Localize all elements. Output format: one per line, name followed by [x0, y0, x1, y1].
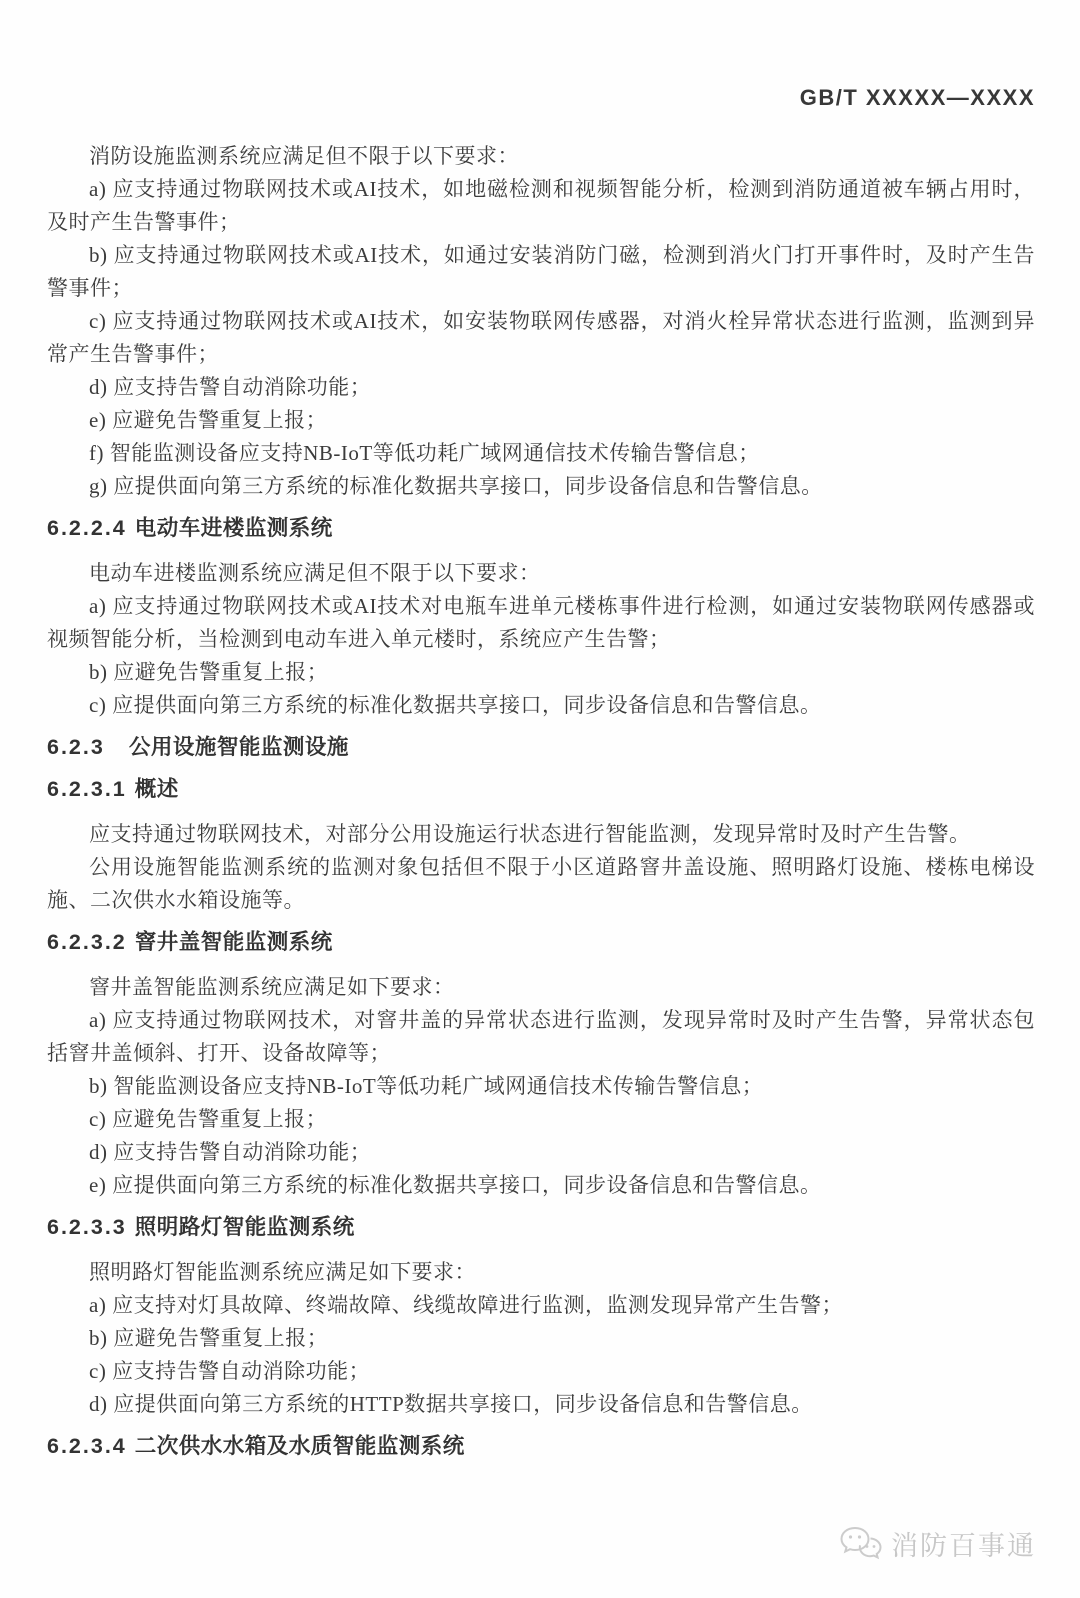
paragraph: a) 应支持通过物联网技术或AI技术，如地磁检测和视频智能分析，检测到消防通道被…: [47, 173, 1035, 239]
paragraph: a) 应支持通过物联网技术，对窨井盖的异常状态进行监测，发现异常时及时产生告警，…: [47, 1004, 1035, 1070]
paragraph: c) 应避免告警重复上报；: [47, 1103, 1035, 1136]
paragraph: c) 应支持告警自动消除功能；: [47, 1355, 1035, 1388]
paragraph: c) 应提供面向第三方系统的标准化数据共享接口，同步设备信息和告警信息。: [47, 689, 1035, 722]
section-number: 6.2.3.1: [47, 777, 127, 801]
section-title: 公用设施智能监测设施: [129, 735, 349, 759]
section-heading: 6.2.3.1概述: [47, 776, 1035, 802]
document-body: 消防设施监测系统应满足但不限于以下要求：a) 应支持通过物联网技术或AI技术，如…: [47, 140, 1035, 1459]
section-number: 6.2.2.4: [47, 516, 127, 540]
paragraph: 窨井盖智能监测系统应满足如下要求：: [47, 971, 1035, 1004]
paragraph: b) 应支持通过物联网技术或AI技术，如通过安装消防门磁，检测到消火门打开事件时…: [47, 239, 1035, 305]
wechat-icon: [839, 1525, 883, 1563]
paragraph: b) 智能监测设备应支持NB-IoT等低功耗广域网通信技术传输告警信息；: [47, 1070, 1035, 1103]
section-title: 照明路灯智能监测系统: [135, 1215, 355, 1239]
watermark-label: 消防百事通: [891, 1524, 1036, 1563]
section-number: 6.2.3.2: [47, 930, 127, 954]
section-title: 概述: [135, 777, 179, 801]
section-title: 二次供水水箱及水质智能监测系统: [135, 1434, 465, 1458]
paragraph: d) 应支持告警自动消除功能；: [47, 1136, 1035, 1169]
section-number: 6.2.3.3: [47, 1215, 127, 1239]
paragraph: 电动车进楼监测系统应满足但不限于以下要求：: [47, 557, 1035, 590]
paragraph: 应支持通过物联网技术，对部分公用设施运行状态进行智能监测，发现异常时及时产生告警…: [47, 818, 1035, 851]
paragraph: d) 应提供面向第三方系统的HTTP数据共享接口，同步设备信息和告警信息。: [47, 1388, 1035, 1421]
paragraph: b) 应避免告警重复上报；: [47, 656, 1035, 689]
section-title: 电动车进楼监测系统: [135, 516, 333, 540]
paragraph: e) 应避免告警重复上报；: [47, 404, 1035, 437]
section-heading: 6.2.2.4电动车进楼监测系统: [47, 515, 1035, 541]
paragraph: e) 应提供面向第三方系统的标准化数据共享接口，同步设备信息和告警信息。: [47, 1169, 1035, 1202]
section-number: 6.2.3.4: [47, 1434, 127, 1458]
watermark: 消防百事通: [839, 1524, 1036, 1563]
paragraph: c) 应支持通过物联网技术或AI技术，如安装物联网传感器，对消火栓异常状态进行监…: [47, 305, 1035, 371]
paragraph: a) 应支持对灯具故障、终端故障、线缆故障进行监测，监测发现异常产生告警；: [47, 1289, 1035, 1322]
document-page: GB/T XXXXX—XXXX 消防设施监测系统应满足但不限于以下要求：a) 应…: [0, 0, 1080, 1598]
paragraph: g) 应提供面向第三方系统的标准化数据共享接口，同步设备信息和告警信息。: [47, 470, 1035, 503]
paragraph: a) 应支持通过物联网技术或AI技术对电瓶车进单元楼栋事件进行检测，如通过安装物…: [47, 590, 1035, 656]
section-heading: 6.2.3公用设施智能监测设施: [47, 734, 1035, 760]
section-heading: 6.2.3.2窨井盖智能监测系统: [47, 929, 1035, 955]
paragraph: 公用设施智能监测系统的监测对象包括但不限于小区道路窨井盖设施、照明路灯设施、楼栋…: [47, 851, 1035, 917]
section-title: 窨井盖智能监测系统: [135, 930, 333, 954]
paragraph: f) 智能监测设备应支持NB-IoT等低功耗广域网通信技术传输告警信息；: [47, 437, 1035, 470]
section-heading: 6.2.3.4二次供水水箱及水质智能监测系统: [47, 1433, 1035, 1459]
section-heading: 6.2.3.3照明路灯智能监测系统: [47, 1214, 1035, 1240]
paragraph: 照明路灯智能监测系统应满足如下要求：: [47, 1256, 1035, 1289]
paragraph: b) 应避免告警重复上报；: [47, 1322, 1035, 1355]
paragraph: 消防设施监测系统应满足但不限于以下要求：: [47, 140, 1035, 173]
paragraph: d) 应支持告警自动消除功能；: [47, 371, 1035, 404]
section-number: 6.2.3: [47, 735, 105, 759]
doc-code: GB/T XXXXX—XXXX: [47, 86, 1035, 110]
